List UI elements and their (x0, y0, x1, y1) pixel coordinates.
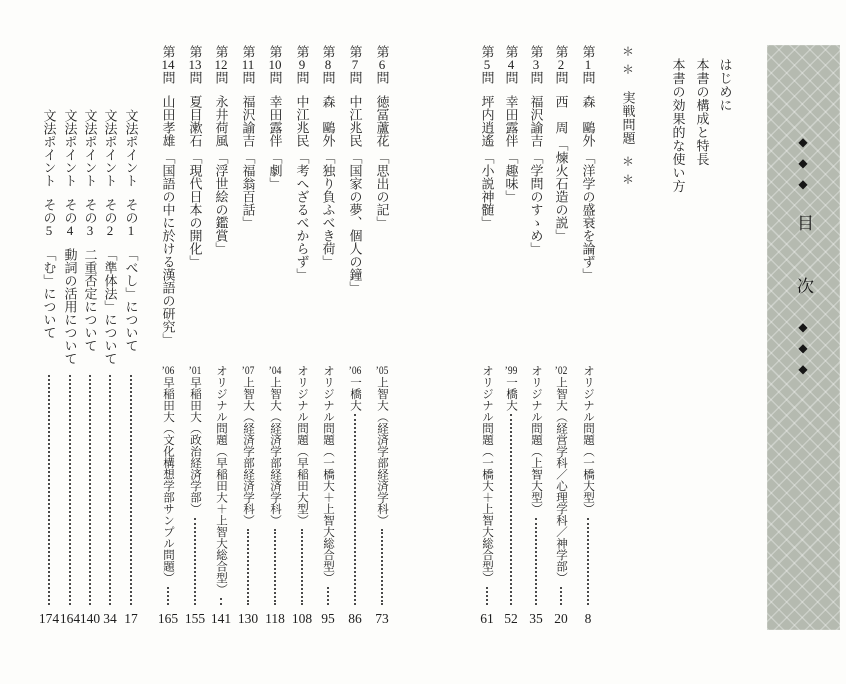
entry-page-number: 73 (375, 611, 389, 627)
grammar-topic: 「む」について (42, 248, 57, 339)
entry-year: ’99 (505, 365, 517, 377)
entry-page-number: 86 (348, 611, 362, 627)
dotted-leader (301, 529, 303, 605)
entry-source: ’05上智大（経済学部経済学科） (374, 365, 390, 605)
entry-source: ’02上智大（経営学科／心理学科／神学部） (553, 365, 569, 605)
entry-page-number: 108 (292, 611, 312, 627)
toc-entry-1: 第1問森 鷗外「洋学の盛衰を論ず」 オリジナル問題（一橋大型） 8 (575, 0, 601, 684)
grammar-label: 文法ポイント (103, 109, 118, 187)
entry-number: 第4問 (504, 45, 519, 84)
entry-page-number: 95 (321, 611, 335, 627)
entry-title: 「小説神髄」 (480, 151, 495, 229)
entry-author: 坪内逍遙 (480, 95, 495, 147)
grammar-point-5: 文法ポイントその5「む」について 174 (36, 0, 62, 684)
entry-author: 中江兆民 (295, 95, 310, 147)
entry-heading: 第12問永井荷風「浮世絵の鑑賞」 (212, 45, 231, 255)
entry-source: ’06早稲田大（文化構想学部サンプル問題） (160, 365, 176, 605)
grammar-page-number: 34 (103, 611, 117, 627)
entry-source: オリジナル問題（一橋大＋上智大総合型） (479, 365, 495, 605)
dotted-leader (560, 587, 562, 606)
entry-source-label: オリジナル問題（上智大型） (530, 365, 542, 515)
entry-heading: 第11問福沢諭吉「福翁百話」 (239, 45, 258, 229)
entry-number: 第2問 (554, 45, 569, 84)
entry-source: ’07上智大（経済学部経済学科） (240, 365, 256, 605)
entry-author: 福沢諭吉 (241, 95, 256, 147)
entry-author: 徳冨蘆花 (375, 95, 390, 147)
entry-year: ’07 (242, 365, 254, 377)
entry-year: ’01 (189, 365, 201, 377)
toc-entry-11: 第11問福沢諭吉「福翁百話」 ’07上智大（経済学部経済学科） 130 (235, 0, 261, 684)
grammar-page-number: 164 (60, 611, 80, 627)
entry-number: 第6問 (375, 45, 390, 84)
entry-title: 「煉火石造の説」 (554, 138, 569, 242)
entry-source-label: オリジナル問題（一橋大＋上智大総合型） (481, 365, 493, 584)
entry-number: 第1問 (581, 45, 596, 84)
grammar-heading: 文法ポイントその1「べし」について (122, 109, 141, 352)
entry-page-number: 155 (185, 611, 205, 627)
entry-author: 森 鷗外 (581, 95, 596, 147)
entry-heading: 第7問中江兆民「国家の夢、個人の鐘」 (346, 45, 365, 294)
entry-source-label: 早稲田大（文化構想学部サンプル問題） (162, 377, 174, 584)
entry-page-number: 35 (529, 611, 543, 627)
toc-entry-3: 第3問福沢諭吉「学問のすゝめ」 オリジナル問題（上智大型） 35 (523, 0, 549, 684)
entry-source-label: オリジナル問題（早稲田大型） (296, 365, 308, 526)
entry-title: 「国語の中に於ける漢語の研究」 (161, 151, 176, 346)
grammar-topic: 動詞の活用について (63, 248, 78, 365)
dotted-leader (354, 414, 356, 605)
entry-title: 「学問のすゝめ」 (529, 151, 544, 255)
entry-source: オリジナル問題（上智大型） (528, 365, 544, 605)
entry-source: ’99一橋大 (503, 365, 519, 605)
diamond-deco-bottom: ◆◆◆ (796, 320, 810, 383)
dotted-leader (327, 587, 329, 606)
grammar-heading: 文法ポイントその2「準体法」について (101, 109, 120, 365)
entry-number: 第8問 (321, 45, 336, 84)
toc-entry-13: 第13問夏目漱石「現代日本の開化」 ’01早稲田大（政治経済学部） 155 (182, 0, 208, 684)
grammar-topic: 「べし」について (124, 248, 139, 352)
entry-source-label: 一橋大 (349, 377, 361, 412)
grammar-leader-wrap (109, 375, 111, 605)
toc-entry-7: 第7問中江兆民「国家の夢、個人の鐘」 ’06一橋大 86 (342, 0, 368, 684)
entry-title: 「考へざるべからず」 (295, 151, 310, 281)
entry-heading: 第4問幸田露伴「趣味」 (502, 45, 521, 203)
grammar-label: 文法ポイント (124, 109, 139, 187)
entry-title: 「思出の記」 (375, 151, 390, 229)
entry-source-label: オリジナル問題（一橋大＋上智大総合型） (322, 365, 334, 584)
entry-page-number: 141 (211, 611, 231, 627)
entry-source-label: 上智大（経済学部経済学科） (242, 377, 254, 527)
entry-page-number: 61 (480, 611, 494, 627)
entry-number: 第5問 (480, 45, 495, 84)
toc-entry-10: 第10問幸田露伴「劇」 ’04上智大（経済学部経済学科） 118 (262, 0, 288, 684)
dotted-leader (194, 518, 196, 606)
toc-entry-6: 第6問徳冨蘆花「思出の記」 ’05上智大（経済学部経済学科） 73 (369, 0, 395, 684)
entry-title: 「国家の夢、個人の鐘」 (348, 151, 363, 294)
entry-author: 西 周 (554, 95, 569, 134)
dotted-leader (48, 375, 50, 605)
entry-source: オリジナル問題（一橋大＋上智大総合型） (320, 365, 336, 605)
dotted-leader (535, 518, 537, 606)
star-deco-top: ＊＊ (621, 45, 635, 81)
toc-entry-8: 第8問森 鷗外「独り負ふべき荷」 オリジナル問題（一橋大＋上智大総合型） 95 (315, 0, 341, 684)
entry-author: 幸田露伴 (504, 95, 519, 147)
grammar-page-number: 17 (124, 611, 138, 627)
entry-source-label: 上智大（経済学部経済学科） (269, 377, 281, 527)
entry-author: 森 鷗外 (321, 95, 336, 147)
grammar-page-number: 174 (39, 611, 59, 627)
entry-title: 「福翁百話」 (241, 151, 256, 229)
grammar-label: 文法ポイント (42, 109, 57, 187)
grammar-heading: 文法ポイントその5「む」について (40, 109, 59, 339)
entry-year: ’06 (349, 365, 361, 377)
dotted-leader (510, 414, 512, 605)
entry-heading: 第1問森 鷗外「洋学の盛衰を論ず」 (579, 45, 598, 281)
entry-author: 夏目漱石 (188, 95, 203, 147)
entry-author: 幸田露伴 (268, 95, 283, 147)
entry-source-label: オリジナル問題（一橋大型） (582, 365, 594, 515)
intro-item-tsukaikata: 本書の効果的な使い方 (669, 58, 688, 193)
toc-title-char-1: 目 (794, 214, 813, 231)
entry-heading: 第2問西 周「煉火石造の説」 (552, 45, 571, 242)
toc-entry-5: 第5問坪内逍遙「小説神髄」 オリジナル問題（一橋大＋上智大総合型） 61 (474, 0, 500, 684)
intro-item-hajimeni: はじめに (716, 58, 735, 112)
entry-heading: 第9問中江兆民「考へざるべからず」 (293, 45, 312, 281)
toc-spine-band: ◆◆◆目次◆◆◆ (767, 45, 840, 630)
entry-heading: 第8問森 鷗外「独り負ふべき荷」 (319, 45, 338, 268)
toc-entry-2: 第2問西 周「煉火石造の説」 ’02上智大（経営学科／心理学科／神学部） 20 (548, 0, 574, 684)
star-deco-bottom: ＊＊ (621, 155, 635, 191)
entry-heading: 第10問幸田露伴「劇」 (266, 45, 285, 190)
entry-number: 第14問 (161, 45, 176, 84)
grammar-leader-wrap (130, 375, 132, 605)
grammar-sub: その2 (103, 198, 118, 237)
entry-heading: 第14問山田孝雄「国語の中に於ける漢語の研究」 (159, 45, 178, 346)
grammar-label: 文法ポイント (83, 109, 98, 187)
entry-title: 「趣味」 (504, 151, 519, 203)
section-title: 実戦問題 (621, 91, 636, 145)
entry-title: 「現代日本の開化」 (188, 151, 203, 268)
grammar-sub: その5 (42, 198, 57, 237)
entry-year: ’04 (269, 365, 281, 377)
entry-title: 「独り負ふべき荷」 (321, 151, 336, 268)
entry-source: ’04上智大（経済学部経済学科） (267, 365, 283, 605)
entry-number: 第7問 (348, 45, 363, 84)
toc-entry-4: 第4問幸田露伴「趣味」 ’99一橋大 52 (498, 0, 524, 684)
entry-year: ’05 (376, 365, 388, 377)
toc-entry-14: 第14問山田孝雄「国語の中に於ける漢語の研究」 ’06早稲田大（文化構想学部サン… (155, 0, 181, 684)
grammar-sub: その1 (124, 198, 139, 237)
entry-author: 永井荷風 (214, 95, 229, 147)
toc-page: ◆◆◆目次◆◆◆ はじめに 本書の構成と特長 本書の効果的な使い方 ＊＊実戦問題… (0, 0, 846, 684)
entry-source-label: 早稲田大（政治経済学部） (189, 377, 201, 515)
toc-band-title: ◆◆◆目次◆◆◆ (791, 45, 816, 383)
entry-source: オリジナル問題（一橋大型） (580, 365, 596, 605)
entry-year: ’02 (555, 365, 567, 377)
entry-source-label: オリジナル問題（早稲田大＋上智大総合型） (215, 365, 227, 595)
diamond-deco-top: ◆◆◆ (796, 135, 810, 198)
dotted-leader (274, 529, 276, 605)
dotted-leader (69, 375, 71, 605)
grammar-leader-wrap (48, 375, 50, 605)
entry-number: 第3問 (529, 45, 544, 84)
entry-source-label: 上智大（経済学部経済学科） (376, 377, 388, 527)
grammar-leader-wrap (69, 375, 71, 605)
entry-source: オリジナル問題（早稲田大＋上智大総合型） (213, 365, 229, 605)
entry-number: 第10問 (268, 45, 283, 84)
dotted-leader (89, 375, 91, 605)
grammar-topic: 「準体法」について (103, 248, 118, 365)
entry-heading: 第3問福沢諭吉「学問のすゝめ」 (527, 45, 546, 255)
entry-author: 山田孝雄 (161, 95, 176, 147)
entry-heading: 第5問坪内逍遙「小説神髄」 (478, 45, 497, 229)
dotted-leader (167, 587, 169, 606)
dotted-leader (587, 518, 589, 606)
entry-source: ’06一橋大 (347, 365, 363, 605)
entry-number: 第11問 (241, 45, 256, 84)
toc-title-char-2: 次 (794, 277, 813, 294)
grammar-heading: 文法ポイントその3二重否定について (81, 109, 100, 352)
dotted-leader (486, 587, 488, 606)
grammar-sub: その4 (63, 198, 78, 237)
entry-heading: 第6問徳冨蘆花「思出の記」 (373, 45, 392, 229)
dotted-leader (109, 375, 111, 605)
entry-title: 「劇」 (268, 151, 283, 190)
grammar-leader-wrap (89, 375, 91, 605)
toc-entry-9: 第9問中江兆民「考へざるべからず」 オリジナル問題（早稲田大型） 108 (289, 0, 315, 684)
dotted-leader (220, 598, 222, 605)
entry-year: ’06 (162, 365, 174, 377)
intro-item-kousei: 本書の構成と特長 (693, 58, 712, 166)
entry-page-number: 52 (504, 611, 518, 627)
entry-source: ’01早稲田大（政治経済学部） (187, 365, 203, 605)
entry-number: 第9問 (295, 45, 310, 84)
entry-page-number: 8 (585, 611, 592, 627)
entry-number: 第12問 (214, 45, 229, 84)
entry-heading: 第13問夏目漱石「現代日本の開化」 (186, 45, 205, 268)
grammar-heading: 文法ポイントその4動詞の活用について (61, 109, 80, 365)
entry-source-label: 上智大（経営学科／心理学科／神学部） (555, 377, 567, 584)
entry-source: オリジナル問題（早稲田大型） (294, 365, 310, 605)
toc-entry-12: 第12問永井荷風「浮世絵の鑑賞」 オリジナル問題（早稲田大＋上智大総合型） 14… (208, 0, 234, 684)
entry-author: 中江兆民 (348, 95, 363, 147)
dotted-leader (130, 375, 132, 605)
dotted-leader (247, 529, 249, 605)
entry-title: 「洋学の盛衰を論ず」 (581, 151, 596, 281)
entry-page-number: 130 (238, 611, 258, 627)
entry-title: 「浮世絵の鑑賞」 (214, 151, 229, 255)
entry-page-number: 165 (158, 611, 178, 627)
dotted-leader (381, 529, 383, 605)
grammar-topic: 二重否定について (83, 248, 98, 352)
entry-author: 福沢諭吉 (529, 95, 544, 147)
entry-page-number: 20 (554, 611, 568, 627)
entry-source-label: 一橋大 (505, 377, 517, 412)
entry-page-number: 118 (265, 611, 285, 627)
grammar-sub: その3 (83, 198, 98, 237)
entry-number: 第13問 (188, 45, 203, 84)
grammar-label: 文法ポイント (63, 109, 78, 187)
section-header-jissen-mondai: ＊＊実戦問題＊＊ (619, 45, 638, 191)
